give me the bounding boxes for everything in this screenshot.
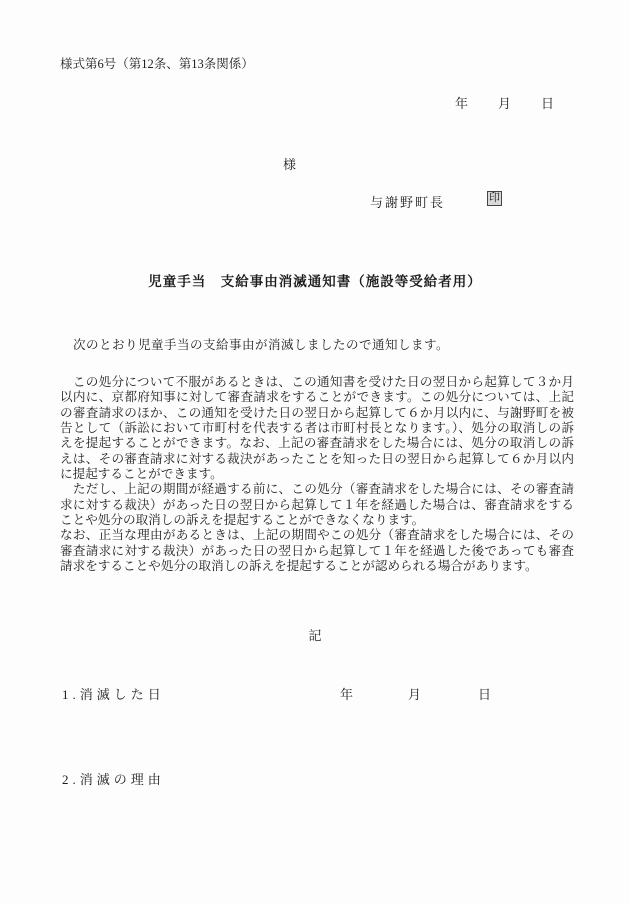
body-paragraph-1: この処分について不服があるときは、この通知書を受けた日の翌日から起算して３か月以… [60, 375, 574, 482]
item-1-day-label: 日 [478, 684, 491, 703]
appeal-notice-body: この処分について不服があるときは、この通知書を受けた日の翌日から起算して３か月以… [60, 375, 574, 574]
intro-sentence: 次のとおり児童手当の支給事由が消滅しましたので通知します。 [60, 335, 449, 353]
addressee-honorific: 様 [283, 154, 296, 173]
item-1-label: 1.消滅した日 [62, 684, 165, 703]
body-paragraph-2: ただし、上記の期間が経過する前に、この処分（審査請求をした場合には、その審査請求… [60, 482, 574, 528]
body-paragraph-3: なお、正当な理由があるときは、上記の期間やこの処分（審査請求をした場合には、その… [60, 528, 574, 574]
form-number: 様式第6号（第12条、第13条関係） [60, 54, 254, 72]
issue-date-month-label: 月 [498, 93, 511, 112]
seal-placeholder: 印 [487, 191, 502, 206]
issue-date-line: 年月日 [455, 93, 554, 112]
issuer-title: 与謝野町長 [370, 192, 445, 211]
record-marker: 記 [0, 625, 630, 644]
item-1-year-label: 年 [340, 684, 353, 703]
document-title: 児童手当 支給事由消滅通知書（施設等受給者用） [0, 270, 630, 290]
item-1-month-label: 月 [408, 684, 421, 703]
item-2-label: 2.消滅の理由 [62, 769, 165, 788]
notification-document-page: 様式第6号（第12条、第13条関係） 年月日 様 与謝野町長 印 児童手当 支給… [0, 0, 630, 903]
issue-date-year-label: 年 [455, 93, 468, 112]
issue-date-day-label: 日 [541, 93, 554, 112]
